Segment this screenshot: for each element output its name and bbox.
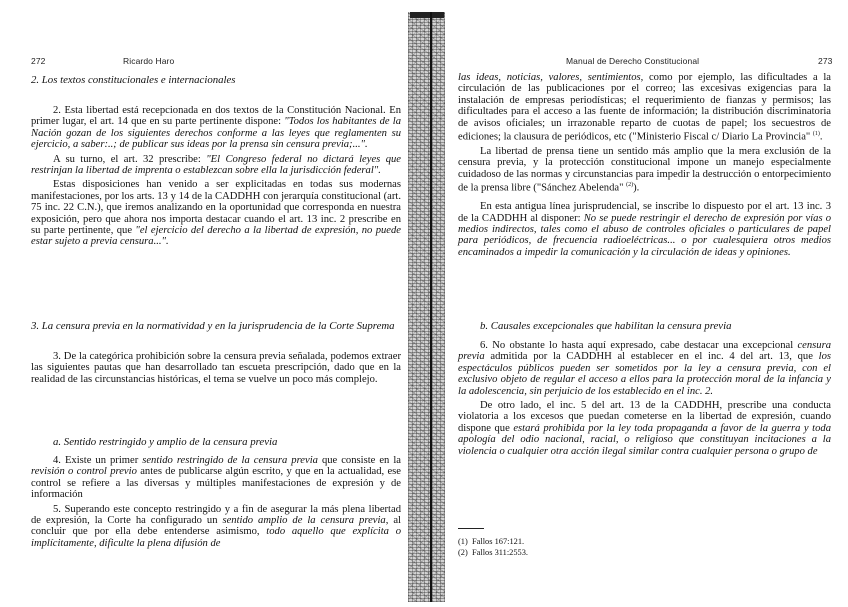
book-spine xyxy=(430,12,432,602)
paragraph-linea: En esta antigua línea jurisprudencial, s… xyxy=(458,201,831,258)
left-text-section-3: 3. La censura previa en la normatividad … xyxy=(31,320,401,385)
footnote-ref-1: (1) xyxy=(813,131,820,137)
paragraph-prensa: La libertad de prensa tiene un sentido m… xyxy=(458,146,831,194)
subsection-b-heading: b. Causales excepcionales que habilitan … xyxy=(458,320,831,332)
paragraph-6: 6. No obstante lo hasta aquí expresado, … xyxy=(458,340,831,397)
gutter-shadow xyxy=(410,12,444,18)
paragraph-4: 4. Existe un primer sentido restringido … xyxy=(31,455,401,501)
paragraph-continuation: las ideas, noticias, valores, sentimient… xyxy=(458,72,831,143)
book-gutter xyxy=(408,12,445,602)
paragraph-5: 5. Superando este concepto restringido y… xyxy=(31,504,401,550)
left-page: 272 Ricardo Haro 2. Los textos constituc… xyxy=(0,0,408,607)
paragraph-3: 3. De la categórica prohibición sobre la… xyxy=(31,351,401,385)
section-2-heading: 2. Los textos constitucionales e interna… xyxy=(31,74,401,86)
paragraph-2: 2. Esta libertad está recepcionada en do… xyxy=(31,105,401,151)
paragraph-otro: De otro lado, el inc. 5 del art. 13 de l… xyxy=(458,400,831,457)
left-text-subsection-a: a. Sentido restringido y amplio de la ce… xyxy=(31,436,401,549)
page-number-left: 272 xyxy=(31,56,45,66)
right-page: Manual de Derecho Constitucional 273 las… xyxy=(445,0,848,607)
footnote-2: (2)Fallos 311:2553. xyxy=(458,547,528,558)
footnotes: (1)Fallos 167:121. (2)Fallos 311:2553. xyxy=(458,536,528,558)
running-head-right: Manual de Derecho Constitucional xyxy=(566,56,699,66)
right-text-subsection-b: b. Causales excepcionales que habilitan … xyxy=(458,320,831,457)
footnote-1: (1)Fallos 167:121. xyxy=(458,536,528,547)
right-text-top: las ideas, noticias, valores, sentimient… xyxy=(458,72,831,258)
section-3-heading: 3. La censura previa en la normatividad … xyxy=(31,320,401,332)
subsection-a-heading: a. Sentido restringido y amplio de la ce… xyxy=(31,436,401,448)
left-text-top: 2. Los textos constitucionales e interna… xyxy=(31,74,401,248)
paragraph-2c: Estas disposiciones han venido a ser exp… xyxy=(31,179,401,247)
page-number-right: 273 xyxy=(818,56,832,66)
paragraph-2b: A su turno, el art. 32 prescribe: "El Co… xyxy=(31,154,401,177)
running-head-left: Ricardo Haro xyxy=(123,56,174,66)
footnote-rule xyxy=(458,528,484,529)
